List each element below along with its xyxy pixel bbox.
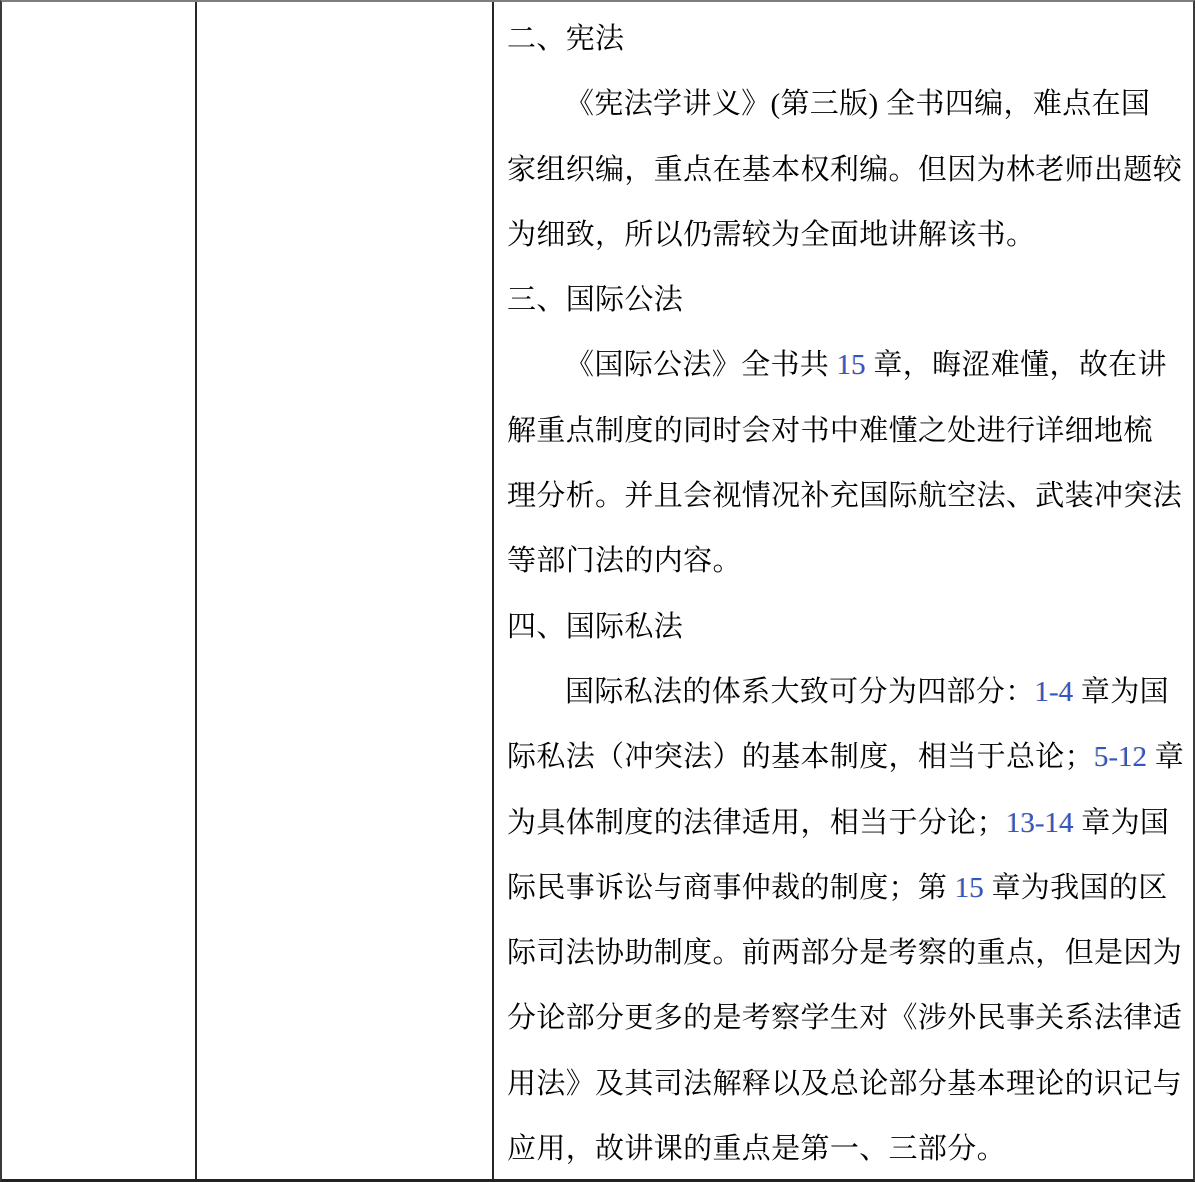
table-cell-empty-2 bbox=[197, 2, 494, 1179]
serif-number: 5-12 bbox=[1094, 741, 1147, 773]
table-cell-empty-1 bbox=[2, 2, 197, 1179]
document-table: 二、宪法 《宪法学讲义》(第三版) 全书四编，难点在国 家组织编，重点在基本权利… bbox=[0, 0, 1195, 1182]
serif-number: 15 bbox=[837, 349, 866, 381]
serif-number: 15 bbox=[955, 872, 984, 904]
heading-constitutional-law: 二、宪法 bbox=[507, 7, 1189, 72]
serif-number: 13-14 bbox=[1006, 807, 1074, 839]
text-run: 章，晦涩难懂，故在讲 解重点制度的同时会对书中难懂之处进行详细地梳 理分析。并且… bbox=[507, 349, 1182, 577]
table-cell-course-notes: 二、宪法 《宪法学讲义》(第三版) 全书四编，难点在国 家组织编，重点在基本权利… bbox=[494, 2, 1193, 1179]
paragraph-public-international-law: 《国际公法》全书共 15 章，晦涩难懂，故在讲 解重点制度的同时会对书中难懂之处… bbox=[507, 333, 1189, 594]
text-run: 《国际公法》全书共 bbox=[565, 349, 837, 381]
heading-private-international-law: 四、国际私法 bbox=[507, 595, 1189, 660]
paragraph-constitutional-law: 《宪法学讲义》(第三版) 全书四编，难点在国 家组织编，重点在基本权利编。但因为… bbox=[507, 72, 1189, 268]
text-run: 《宪法学讲义》(第三版) 全书四编，难点在国 家组织编，重点在基本权利编。但因为… bbox=[507, 88, 1182, 251]
text-run: 四、国际私法 bbox=[507, 611, 683, 643]
text-run: 国际私法的体系大致可分为四部分： bbox=[565, 676, 1035, 708]
text-run: 二、宪法 bbox=[507, 23, 624, 55]
serif-number: 1-4 bbox=[1035, 676, 1074, 708]
text-run: 章为我国的区 际司法协助制度。前两部分是考察的重点，但是因为 分论部分更多的是考… bbox=[507, 872, 1182, 1165]
text-run: 三、国际公法 bbox=[507, 284, 683, 316]
paragraph-private-international-law: 国际私法的体系大致可分为四部分：1-4 章为国 际私法（冲突法）的基本制度，相当… bbox=[507, 660, 1189, 1179]
heading-public-international-law: 三、国际公法 bbox=[507, 268, 1189, 333]
